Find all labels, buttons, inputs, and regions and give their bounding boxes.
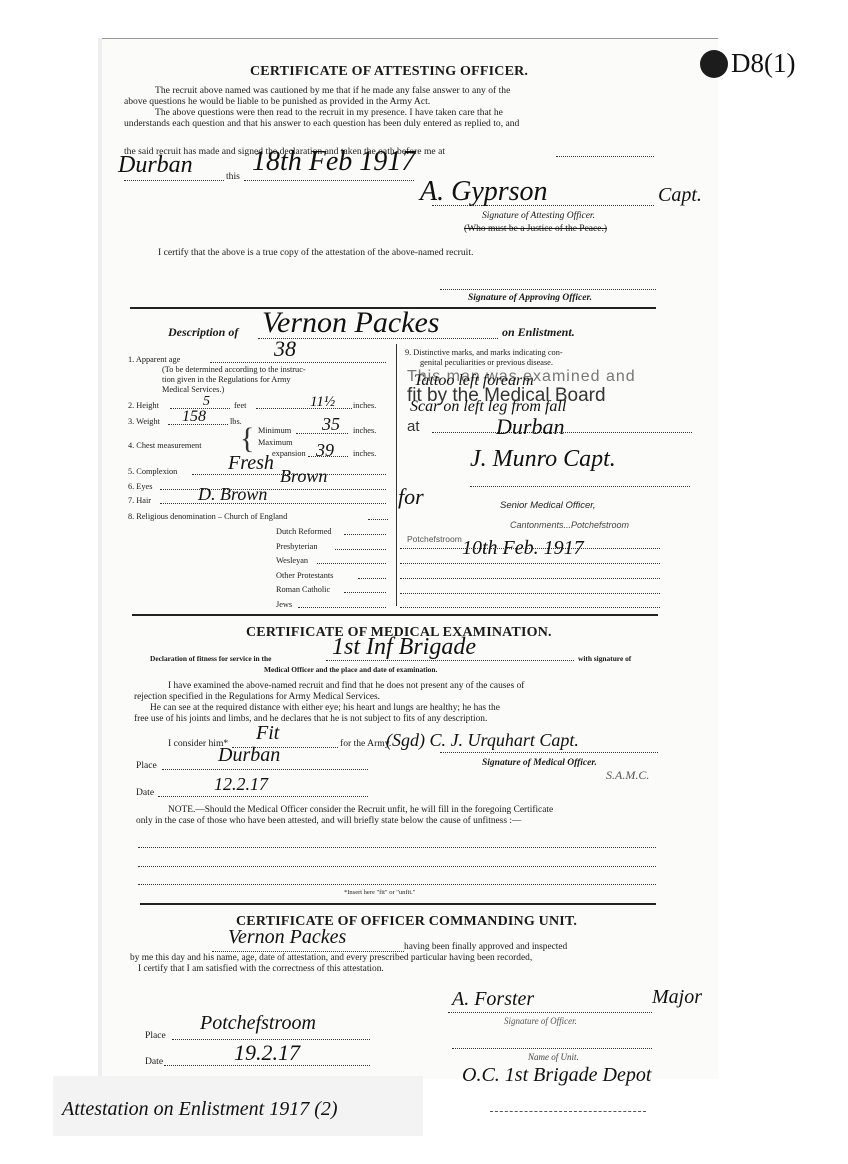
- religion-option: Wesleyan: [276, 555, 308, 566]
- medical-place-line: [162, 769, 368, 770]
- commanding-signature-handwritten: A. Forster: [452, 988, 534, 1011]
- stamp-place-handwritten: Durban: [496, 414, 564, 440]
- max-inches-label: inches.: [353, 448, 376, 459]
- unfitness-line-1: [138, 847, 656, 848]
- attesting-date-handwritten: 18th Feb 1917: [252, 146, 415, 178]
- age-line: [210, 362, 386, 363]
- declaration-line-2: Medical Officer and the place and date o…: [264, 664, 437, 675]
- eyes-handwritten: Brown: [280, 466, 327, 487]
- this-label: this: [226, 171, 240, 182]
- complexion-label: 5. Complexion: [128, 466, 177, 477]
- approving-signature-line: [440, 289, 656, 290]
- age-note-3: Medical Services.): [162, 384, 224, 395]
- declaration-unit-handwritten: 1st Inf Brigade: [332, 634, 476, 661]
- attesting-signature-handwritten: A. Gyprson: [420, 176, 548, 208]
- medical-place-label: Place: [136, 760, 157, 771]
- note-line-2: only in the case of those who have been …: [136, 816, 521, 827]
- eyes-line: [160, 489, 386, 490]
- minimum-label: Minimum: [258, 425, 291, 436]
- commanding-signature-line: [448, 1012, 652, 1013]
- attesting-officer-title: CERTIFICATE OF ATTESTING OFFICER.: [250, 64, 528, 80]
- medical-para2-line1: He can see at the required distance with…: [150, 703, 500, 714]
- height-inches-line: [256, 408, 352, 409]
- maximum-label: Maximum: [258, 437, 293, 448]
- weight-handwritten: 158: [182, 408, 206, 426]
- attesting-para2-line2: understands each question and that his a…: [124, 118, 519, 129]
- smo-signature-line: [470, 486, 690, 487]
- attesting-para1-line2: above questions he would be liable to be…: [124, 96, 430, 107]
- medical-date-label: Date: [136, 787, 154, 798]
- religion-option: Dutch Reformed: [276, 526, 332, 537]
- height-inches-handwritten: 11½: [310, 394, 335, 411]
- religion-option: Presbyterian: [276, 541, 317, 552]
- document-reference-label: D8(1): [700, 48, 795, 79]
- medical-signature-handwritten: (Sgd) C. J. Urquhart Capt.: [386, 730, 579, 751]
- unit-name-line: [452, 1048, 652, 1049]
- chest-brace: {: [240, 424, 254, 454]
- stamp-line-3: [400, 578, 660, 579]
- commanding-name-line: [212, 951, 404, 952]
- declaration-suffix: with signature of: [578, 653, 631, 664]
- stamp-line-5: [400, 607, 660, 608]
- expansion-label: expansion: [272, 448, 306, 459]
- medical-date-line: [158, 796, 368, 797]
- stamp-at-label: at: [407, 418, 420, 435]
- section-divider: [132, 614, 658, 616]
- filled-circle-icon: [700, 50, 728, 78]
- commanding-signature-label: Signature of Officer.: [504, 1016, 577, 1027]
- attesting-para1-line1: The recruit above named was cautioned by…: [155, 85, 510, 96]
- feet-label: feet: [234, 400, 246, 411]
- medical-signature-line: [440, 752, 658, 753]
- commanding-place-handwritten: Potchefstroom: [200, 1012, 316, 1035]
- commanding-line-3: I certify that I am satisfied with the c…: [138, 964, 384, 975]
- complexion-handwritten: Fresh: [228, 452, 274, 475]
- declaration-prefix: Declaration of fitness for service in th…: [150, 653, 271, 664]
- commanding-date-handwritten: 19.2.17: [234, 1040, 300, 1066]
- attesting-place-dots: [556, 156, 654, 157]
- religion-option-line: [358, 578, 386, 579]
- religion-option: Roman Catholic: [276, 584, 330, 595]
- chest-label: 4. Chest measurement: [128, 440, 202, 451]
- medical-para2-line2: free use of his joints and limbs, and he…: [134, 714, 487, 725]
- medical-place-handwritten: Durban: [218, 744, 280, 767]
- approving-signature-label: Signature of Approving Officer.: [468, 293, 592, 304]
- smo-for-handwritten: for: [398, 484, 424, 510]
- section-divider: [140, 903, 656, 905]
- religion-option-line: [344, 534, 386, 535]
- commanding-line-2: by me this day and his name, age, date o…: [130, 953, 532, 964]
- religion-label: 8. Religious denomination – Church of En…: [128, 511, 287, 522]
- smo-signature-handwritten: J. Munro Capt.: [470, 446, 616, 473]
- recruit-name-handwritten: Vernon Packes: [262, 306, 439, 340]
- fit-footnote: *Insert here "fit" or "unfit.": [344, 887, 415, 898]
- height-label: 2. Height: [128, 400, 159, 411]
- attesting-signature-line: [432, 205, 654, 206]
- stamp-line-2: [400, 563, 660, 564]
- commanding-rank-handwritten: Major: [652, 986, 702, 1009]
- weight-label: 3. Weight: [128, 416, 160, 427]
- religion-option-line: [335, 549, 386, 550]
- medical-para1-line1: I have examined the above-named recruit …: [168, 681, 524, 692]
- attesting-place-line: [124, 180, 224, 181]
- smo-label: Senior Medical Officer,: [500, 500, 596, 511]
- description-prefix: Description of: [168, 327, 238, 338]
- stamp-line-1: [400, 548, 660, 549]
- attesting-date-line: [244, 180, 414, 181]
- hair-label: 7. Hair: [128, 495, 151, 506]
- consider-suffix: for the Army.: [340, 738, 391, 749]
- unit-name-label: Name of Unit.: [528, 1052, 579, 1063]
- unit-name-handwritten: O.C. 1st Brigade Depot: [462, 1064, 651, 1087]
- medical-date-handwritten: 12.2.17: [214, 774, 268, 795]
- attesting-place-handwritten: Durban: [118, 152, 193, 179]
- hair-handwritten: D. Brown: [198, 484, 267, 505]
- marks-label-2: genital peculiarities or previous diseas…: [420, 357, 553, 368]
- commanding-line-1: having been finally approved and inspect…: [404, 942, 567, 953]
- inches-label: inches.: [353, 400, 376, 411]
- jp-note-text: (Who must be a Justice of the Peace.): [464, 224, 607, 234]
- commanding-place-label: Place: [145, 1030, 166, 1041]
- note-line-1: NOTE.—Should the Medical Officer conside…: [168, 805, 553, 816]
- cantonments-label: Cantonments...Potchefstroom: [510, 520, 629, 530]
- medical-para1-line2: rejection specified in the Regulations f…: [134, 692, 380, 703]
- minimum-handwritten: 35: [322, 414, 340, 435]
- attesting-para2-line1: The above questions were then read to th…: [155, 107, 503, 118]
- min-inches-label: inches.: [353, 425, 376, 436]
- unfitness-line-2: [138, 866, 656, 867]
- religion-option: Other Protestants: [276, 570, 333, 581]
- reference-code: D8(1): [731, 48, 795, 79]
- age-handwritten: 38: [274, 336, 296, 362]
- maximum-handwritten: 39: [316, 440, 334, 461]
- religion-option-line: [344, 592, 386, 593]
- page-edge: [98, 38, 102, 1078]
- unit-name-underline: [490, 1111, 646, 1112]
- hair-line: [160, 503, 386, 504]
- commanding-date-label: Date: [145, 1056, 163, 1067]
- approving-certify-text: I certify that the above is a true copy …: [158, 247, 473, 258]
- medical-signature-label: Signature of Medical Officer.: [482, 758, 597, 769]
- document-caption: Attestation on Enlistment 1917 (2): [62, 1098, 338, 1121]
- column-divider: [396, 344, 397, 606]
- attesting-rank-handwritten: Capt.: [658, 184, 702, 207]
- eyes-label: 6. Eyes: [128, 481, 152, 492]
- stamp-line-4: [400, 593, 660, 594]
- fit-handwritten: Fit: [256, 722, 279, 745]
- medical-corps-handwritten: S.A.M.C.: [606, 768, 649, 783]
- religion-option-line: [298, 607, 386, 608]
- description-suffix: on Enlistment.: [502, 327, 575, 338]
- attesting-signature-note: (Who must be a Justice of the Peace.): [464, 224, 607, 235]
- religion-line: [368, 519, 388, 520]
- unfitness-line-3: [138, 884, 656, 885]
- attesting-signature-label: Signature of Attesting Officer.: [482, 211, 595, 222]
- religion-option: Jews: [276, 599, 292, 610]
- potchefstroom-stamp: Potchefstroom: [407, 534, 462, 544]
- religion-option-line: [317, 563, 386, 564]
- commanding-recruit-name-handwritten: Vernon Packes: [228, 926, 346, 949]
